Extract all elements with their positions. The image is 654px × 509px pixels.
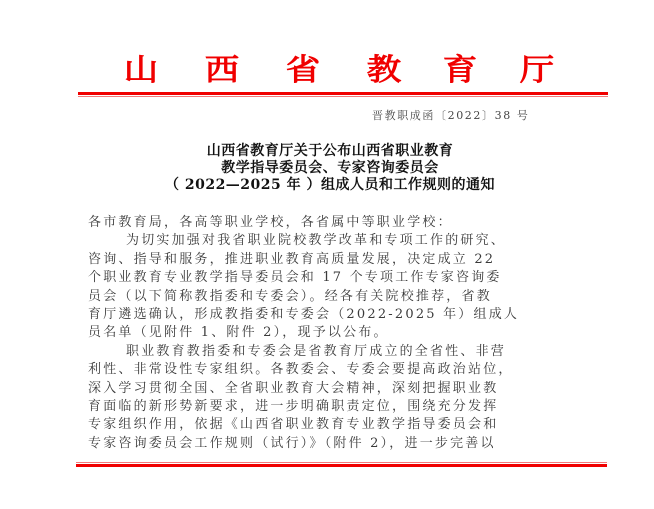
red-rule-thick	[78, 92, 608, 95]
masthead-red-rule	[78, 92, 608, 98]
body-line: 各市教育局，各高等职业学校，各省属中等职业学校：	[88, 214, 576, 232]
title-line: 山西省教育厅关于公布山西省职业教育	[100, 143, 560, 160]
body-line: 深入学习贯彻全国、全省职业教育大会精神，深刻把握职业教	[88, 380, 576, 398]
footer-red-rule	[76, 462, 607, 468]
red-rule-thin	[76, 462, 607, 463]
body-line: 利性、非常设性专家组织。各教委会、专委会要提高政治站位，	[88, 361, 576, 379]
body-line: 咨询、指导和服务，推进职业教育高质量发展，决定成立 22	[88, 251, 576, 269]
body-line: 为切实加强对我省职业院校教学改革和专项工作的研究、	[88, 232, 576, 250]
masthead-char: 育	[443, 54, 478, 88]
body-line: 育厅遴选确认，形成教指委和专委会（2022-2025 年）组成人	[88, 306, 576, 324]
title-line: （ 2022—2025 年 ）组成人员和工作规则的通知	[100, 177, 560, 194]
body-line: 职业教育教指委和专委会是省教育厅成立的全省性、非营	[88, 343, 576, 361]
notice-body: 各市教育局，各高等职业学校，各省属中等职业学校： 为切实加强对我省职业院校教学改…	[88, 214, 576, 453]
masthead-char: 西	[205, 54, 240, 88]
body-line: 育面临的新形势新要求，进一步明确职责定位，围绕充分发挥	[88, 398, 576, 416]
masthead-char: 山	[124, 54, 159, 88]
document-page: 山 西 省 教 育 厅 晋教职成函〔2022〕38 号 山西省教育厅关于公布山西…	[0, 0, 654, 509]
masthead-char: 厅	[520, 54, 555, 88]
masthead-title: 山 西 省 教 育 厅	[100, 54, 580, 88]
document-number: 晋教职成函〔2022〕38 号	[372, 108, 574, 124]
red-rule-thin	[78, 96, 608, 97]
body-line: 个职业教育专业教学指导委员会和 17 个专项工作专家咨询委	[88, 269, 576, 287]
masthead-char: 教	[367, 54, 402, 88]
title-line: 教学指导委员会、专家咨询委员会	[100, 160, 560, 177]
body-line: 员会（以下简称教指委和专委会）。经各有关院校推荐，省教	[88, 288, 576, 306]
body-line: 员名单（见附件 1、附件 2），现予以公布。	[88, 324, 576, 342]
red-rule-thick	[76, 464, 607, 467]
body-line: 专家组织作用，依据《山西省职业教育专业教学指导委员会和	[88, 416, 576, 434]
body-line: 专家咨询委员会工作规则（试行）》（附件 2），进一步完善以	[88, 435, 576, 453]
masthead-char: 省	[286, 54, 321, 88]
notice-title: 山西省教育厅关于公布山西省职业教育 教学指导委员会、专家咨询委员会 （ 2022…	[100, 143, 560, 194]
